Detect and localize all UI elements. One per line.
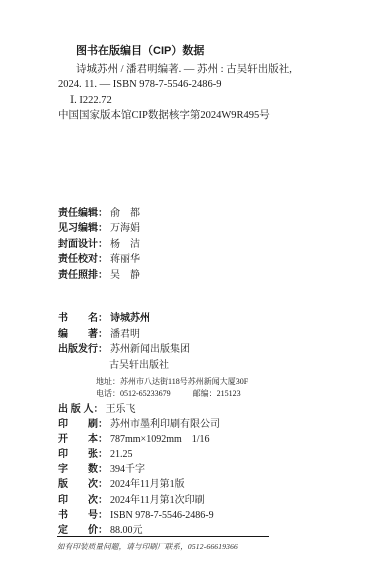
print-row-format: 开 本：787mm×1092mm 1/16 [58,432,358,447]
print-value: 王乐飞 [106,404,136,415]
footer-divider [57,536,269,537]
print-label: 书 号： [58,510,108,521]
book-author: 潘君明 [110,329,140,340]
cip-heading: 图书在版编目（CIP）数据 [76,44,358,60]
staff-label: 封面设计： [58,239,108,250]
staff-label: 见习编辑： [58,223,108,234]
staff-row-typesetter: 责任照排：吴 静 [58,268,140,283]
copyright-page: 图书在版编目（CIP）数据 诗城苏州 / 潘君明编著. — 苏州 : 古吴轩出版… [0,0,375,567]
cip-block: 图书在版编目（CIP）数据 诗城苏州 / 潘君明编著. — 苏州 : 古吴轩出版… [58,44,358,124]
print-row-impression: 印 次：2024年11月第1次印刷 [58,493,358,508]
publisher-phone: 电话：0512-65233679 [96,389,171,398]
staff-name: 俞 都 [110,208,140,219]
book-author-label: 编 著： [58,329,108,340]
print-row-publisher-person: 出 版 人：王乐飞 [58,402,358,417]
print-value: 787mm×1092mm 1/16 [110,434,210,445]
publisher-address-row: 地址：苏州市八达街118号苏州新闻大厦30F [96,376,358,388]
print-info-block: 出 版 人：王乐飞 印 刷：苏州市墨利印刷有限公司 开 本：787mm×1092… [58,402,358,538]
print-value: ISBN 978-7-5546-2486-9 [110,510,214,521]
print-row-printer: 印 刷：苏州市墨利印刷有限公司 [58,417,358,432]
cip-record-line: 中国国家版本馆CIP数据核字第2024W9R495号 [58,108,358,124]
book-title: 诗城苏州 [110,313,150,324]
publisher-contact-row: 电话：0512-65233679邮编：215123 [96,388,358,400]
staff-row-trainee-editor: 见习编辑：万海娟 [58,221,140,236]
print-row-edition: 版 次：2024年11月第1版 [58,477,358,492]
print-row-isbn: 书 号：ISBN 978-7-5546-2486-9 [58,508,358,523]
staff-label: 责任照排： [58,270,108,281]
print-value: 88.00元 [110,525,143,536]
print-value: 2024年11月第1次印刷 [110,495,205,506]
print-label: 开 本： [58,434,108,445]
book-author-row: 编 著：潘君明 [58,327,358,343]
cip-entry-line1: 诗城苏州 / 潘君明编著. — 苏州 : 古吴轩出版社, [76,62,358,78]
print-label: 印 张： [58,449,108,460]
staff-row-duty-editor: 责任编辑：俞 都 [58,206,140,221]
publisher-group: 苏州新闻出版集团 [110,344,190,355]
print-value: 394千字 [110,464,145,475]
print-row-sheets: 印 张：21.25 [58,447,358,462]
print-value: 2024年11月第1版 [110,479,185,490]
print-label: 定 价： [58,525,108,536]
print-quality-note: 如有印装质量问题，请与印刷厂联系，0512-66619366 [57,541,238,552]
staff-row-cover-design: 封面设计：杨 洁 [58,237,140,252]
publisher-house-row: 古吴轩出版社 [107,358,358,374]
cip-class-line: Ⅰ. I222.72 [70,93,358,109]
staff-label: 责任编辑： [58,208,108,219]
print-label: 版 次： [58,479,108,490]
cip-entry-line2: 2024. 11. — ISBN 978-7-5546-2486-9 [58,77,358,93]
staff-name: 杨 洁 [110,239,140,250]
staff-name: 万海娟 [110,223,140,234]
staff-row-proofreader: 责任校对：蒋丽华 [58,252,140,267]
book-title-label: 书 名： [58,313,108,324]
print-label: 印 刷： [58,419,108,430]
print-row-wordcount: 字 数：394千字 [58,462,358,477]
print-value: 苏州市墨利印刷有限公司 [110,419,220,430]
book-info-block: 书 名：诗城苏州 编 著：潘君明 出版发行：苏州新闻出版集团 古吴轩出版社 地址… [58,311,358,400]
staff-block: 责任编辑：俞 都 见习编辑：万海娟 封面设计：杨 洁 责任校对：蒋丽华 责任照排… [58,206,140,283]
print-value: 21.25 [110,449,133,460]
book-title-row: 书 名：诗城苏州 [58,311,358,327]
print-label: 印 次： [58,495,108,506]
staff-label: 责任校对： [58,254,108,265]
staff-name: 蒋丽华 [110,254,140,265]
publisher-address: 地址：苏州市八达街118号苏州新闻大厦30F [96,377,248,386]
publisher-house: 古吴轩出版社 [109,360,169,371]
publisher-label: 出版发行： [58,344,108,355]
print-label: 字 数： [58,464,108,475]
publisher-row: 出版发行：苏州新闻出版集团 [58,342,358,358]
print-label: 出 版 人： [58,404,104,415]
publisher-postcode: 邮编：215123 [193,389,241,398]
staff-name: 吴 静 [110,270,140,281]
